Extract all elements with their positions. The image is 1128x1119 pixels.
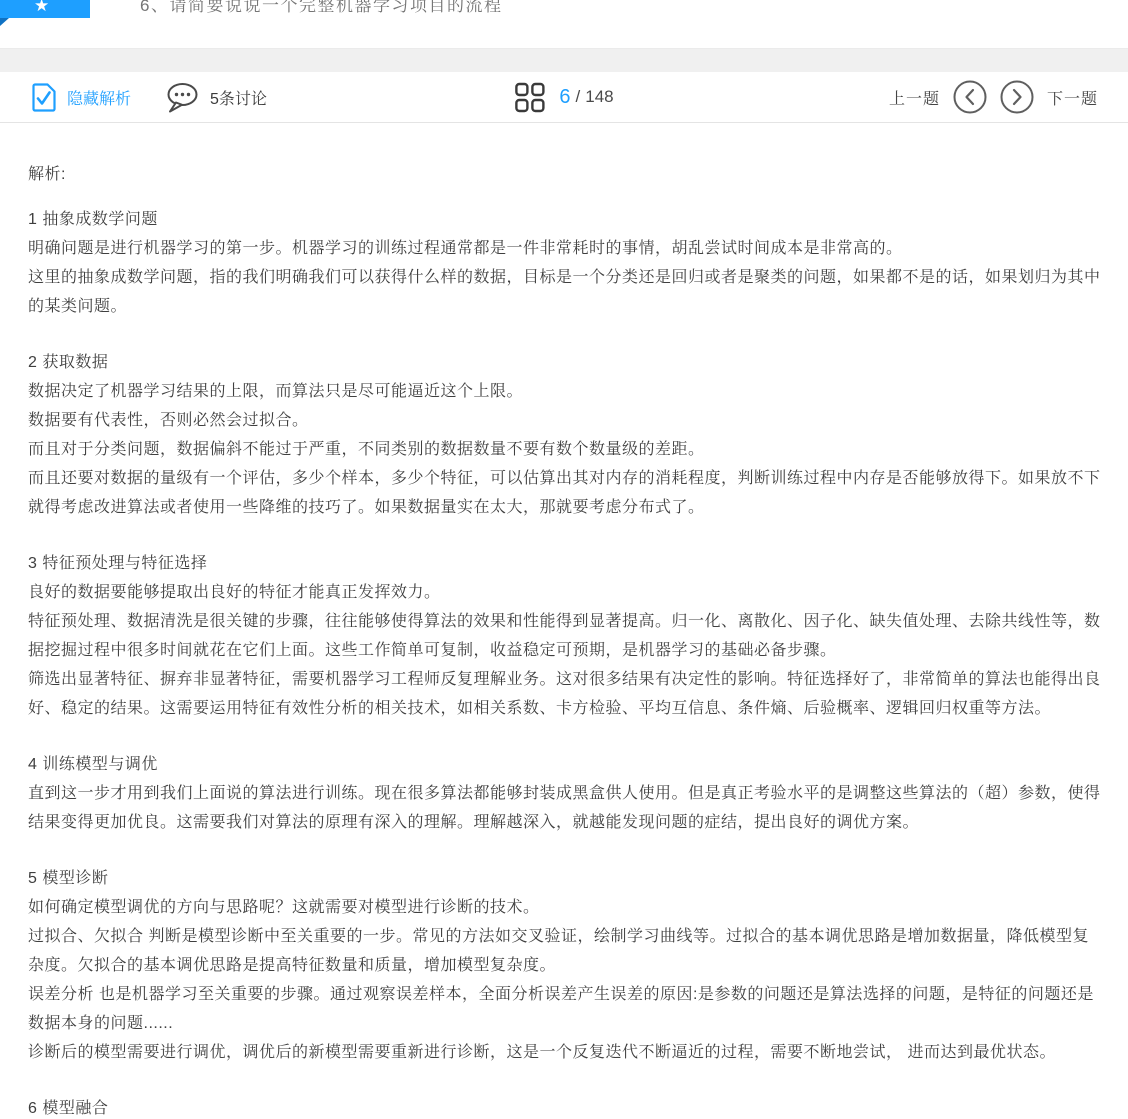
pager-divider: / — [576, 87, 581, 107]
analysis-label: 解析: — [28, 161, 1104, 189]
section-paragraph: 误差分析 也是机器学习至关重要的步骤。通过观察误差样本，全面分析误差产生误差的原… — [28, 980, 1104, 1038]
hide-analysis-label: 隐藏解析 — [67, 86, 131, 109]
analysis-sections: 1 抽象成数学问题明确问题是进行机器学习的第一步。机器学习的训练过程通常都是一件… — [28, 205, 1104, 1119]
section-paragraph: 而且对于分类问题，数据偏斜不能过于严重，不同类别的数据数量不要有数个数量级的差距… — [28, 435, 1104, 464]
discussion-label: 5条讨论 — [210, 86, 267, 109]
section-paragraph: 特征预处理、数据清洗是很关键的步骤，往往能够使得算法的效果和性能得到显著提高。归… — [28, 607, 1104, 665]
section-paragraph: 直到这一步才用到我们上面说的算法进行训练。现在很多算法都能够封装成黑盒供人使用。… — [28, 779, 1104, 837]
toolbar: 隐藏解析 5条讨论 6 / — [0, 72, 1128, 123]
section-heading: 1 抽象成数学问题 — [28, 205, 1104, 234]
favorite-ribbon[interactable]: ★ — [0, 0, 90, 18]
section-heading: 3 特征预处理与特征选择 — [28, 549, 1104, 578]
section-paragraph: 明确问题是进行机器学习的第一步。机器学习的训练过程通常都是一件非常耗时的事情，胡… — [28, 234, 1104, 263]
analysis-section: 2 获取数据数据决定了机器学习结果的上限，而算法只是尽可能逼近这个上限。数据要有… — [28, 348, 1104, 522]
ribbon-fold — [0, 18, 9, 26]
section-heading: 4 训练模型与调优 — [28, 750, 1104, 779]
question-nav: 上一题 下一题 — [889, 80, 1098, 114]
section-divider-band — [0, 48, 1128, 72]
analysis-content: 解析: 1 抽象成数学问题明确问题是进行机器学习的第一步。机器学习的训练过程通常… — [0, 123, 1128, 1119]
section-heading: 2 获取数据 — [28, 348, 1104, 377]
section-paragraph: 如何确定模型调优的方向与思路呢？这就需要对模型进行诊断的技术。 — [28, 893, 1104, 922]
analysis-section: 5 模型诊断如何确定模型调优的方向与思路呢？这就需要对模型进行诊断的技术。过拟合… — [28, 864, 1104, 1067]
section-paragraph: 这里的抽象成数学问题，指的我们明确我们可以获得什么样的数据，目标是一个分类还是回… — [28, 263, 1104, 321]
section-paragraph: 而且还要对数据的量级有一个评估，多少个样本，多少个特征，可以估算出其对内存的消耗… — [28, 464, 1104, 522]
section-paragraph: 良好的数据要能够提取出良好的特征才能真正发挥效力。 — [28, 578, 1104, 607]
next-question-label: 下一题 — [1047, 86, 1098, 109]
prev-question-label: 上一题 — [889, 86, 940, 109]
prev-question-button[interactable] — [953, 80, 987, 114]
section-paragraph: 数据决定了机器学习结果的上限，而算法只是尽可能逼近这个上限。 — [28, 377, 1104, 406]
next-question-button[interactable] — [1000, 80, 1034, 114]
document-check-icon — [30, 82, 57, 113]
speech-bubble-icon — [165, 82, 201, 113]
analysis-section: 4 训练模型与调优直到这一步才用到我们上面说的算法进行训练。现在很多算法都能够封… — [28, 750, 1104, 837]
section-paragraph: 诊断后的模型需要进行调优，调优后的新模型需要重新进行诊断，这是一个反复迭代不断逼… — [28, 1038, 1104, 1067]
section-paragraph: 数据要有代表性，否则必然会过拟合。 — [28, 406, 1104, 435]
analysis-section: 1 抽象成数学问题明确问题是进行机器学习的第一步。机器学习的训练过程通常都是一件… — [28, 205, 1104, 321]
section-paragraph: 筛选出显著特征、摒弃非显著特征，需要机器学习工程师反复理解业务。这对很多结果有决… — [28, 665, 1104, 723]
section-paragraph: 过拟合、欠拟合 判断是模型诊断中至关重要的一步。常见的方法如交叉验证，绘制学习曲… — [28, 922, 1104, 980]
question-title: 6、请简要说说一个完整机器学习项目的流程 — [140, 0, 502, 18]
hide-analysis-button[interactable]: 隐藏解析 — [30, 82, 131, 113]
star-icon: ★ — [34, 0, 49, 16]
section-heading: 5 模型诊断 — [28, 864, 1104, 893]
question-pager: 6 / 148 — [514, 82, 613, 113]
pager-current: 6 — [559, 86, 570, 109]
analysis-section: 3 特征预处理与特征选择良好的数据要能够提取出良好的特征才能真正发挥效力。特征预… — [28, 549, 1104, 723]
grid-icon[interactable] — [514, 82, 545, 113]
analysis-section: 6 模型融合 — [28, 1094, 1104, 1119]
section-heading: 6 模型融合 — [28, 1094, 1104, 1119]
discussion-button[interactable]: 5条讨论 — [165, 82, 267, 113]
pager-total: 148 — [585, 87, 613, 107]
question-header: ★ 6、请简要说说一个完整机器学习项目的流程 — [0, 0, 1128, 48]
